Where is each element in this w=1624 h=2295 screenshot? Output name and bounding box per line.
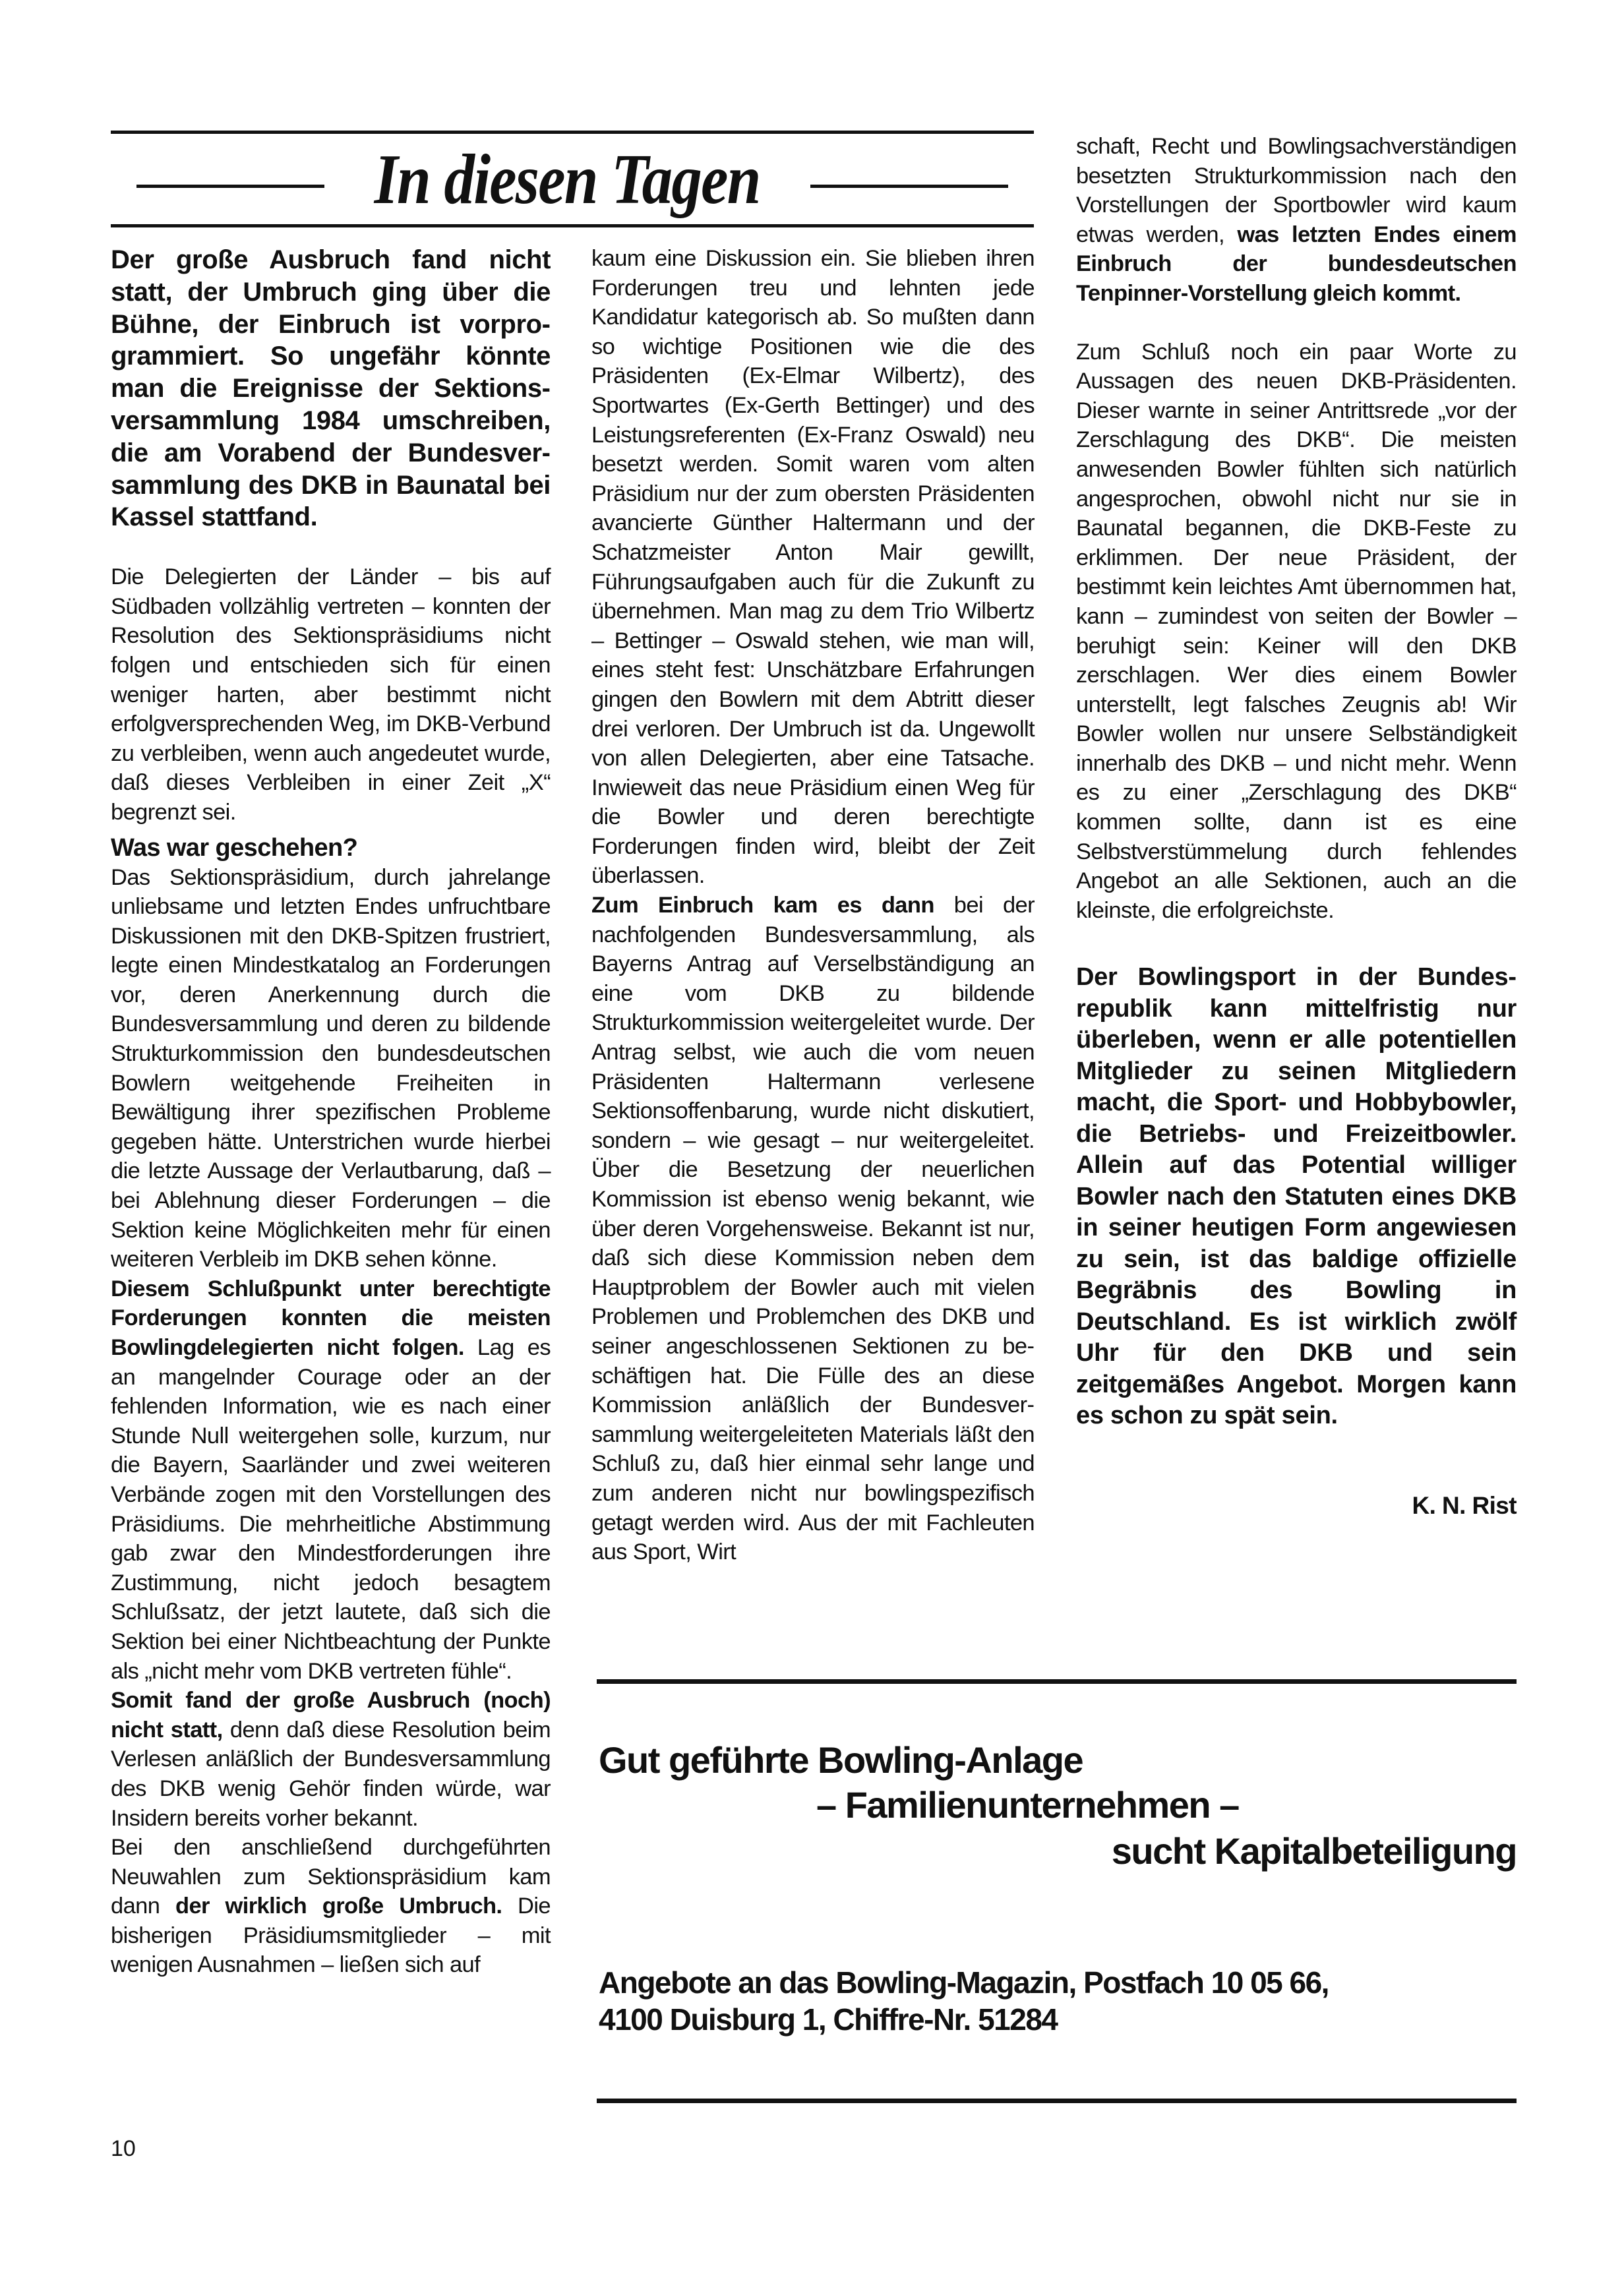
ad-tagline: sucht Kapitalbeteiligung bbox=[1112, 1832, 1517, 1871]
header-top-rule bbox=[111, 131, 1034, 134]
article-column-3: schaft, Recht und Bowlingsachverstän­dig… bbox=[1076, 132, 1517, 1521]
spacer bbox=[1076, 309, 1517, 338]
section-heading: Was war geschehen? bbox=[111, 833, 551, 863]
page-title: In diesen Tagen bbox=[375, 144, 760, 216]
ad-headline: Gut geführte Bowling-Anlage bbox=[599, 1741, 1083, 1780]
ad-subheadline: – Familienunternehmen – bbox=[816, 1785, 1239, 1825]
article-lead: Der große Ausbruch fand nicht statt, der… bbox=[111, 244, 551, 533]
author-byline: K. N. Rist bbox=[1076, 1491, 1517, 1521]
article-column-1: Der große Ausbruch fand nicht statt, der… bbox=[111, 244, 551, 1980]
article-paragraph: Bei den anschließend durchgeführten Neuw… bbox=[111, 1833, 551, 1980]
article-paragraph: kaum eine Diskussion ein. Sie blieben ih… bbox=[591, 244, 1035, 891]
ad-bottom-rule bbox=[597, 2099, 1517, 2103]
emphasis-text: der wirklich große Umbruch. bbox=[175, 1893, 502, 1919]
closing-statement: Der Bowlingsport in der Bundes­republik … bbox=[1076, 962, 1517, 1432]
article-paragraph: schaft, Recht und Bowlingsachverstän­dig… bbox=[1076, 132, 1517, 309]
header-band: In diesen Tagen bbox=[111, 135, 1034, 224]
spacer bbox=[111, 533, 551, 562]
paragraph-text: bei der nachfolgenden Bundesversammlung,… bbox=[591, 893, 1035, 1565]
article-paragraph: Das Sektionspräsidium, durch jahrelan­ge… bbox=[111, 863, 551, 1274]
ad-contact-address: Angebote an das Bowling-Magazin, Postfac… bbox=[599, 1965, 1329, 2000]
ad-top-rule bbox=[597, 1679, 1517, 1684]
article-paragraph: Diesem Schlußpunkt unter berechtig­te Fo… bbox=[111, 1274, 551, 1686]
article-column-2: kaum eine Diskussion ein. Sie blieben ih… bbox=[591, 244, 1035, 1567]
page-number: 10 bbox=[111, 2136, 136, 2162]
article-paragraph: Zum Einbruch kam es dann bei der nachfol… bbox=[591, 891, 1035, 1567]
header-bottom-rule bbox=[111, 224, 1034, 227]
ad-contact-chiffre: 4100 Duisburg 1, Chiffre-Nr. 51284 bbox=[599, 2002, 1058, 2037]
classified-ad: Gut geführte Bowling-Anlage – Familienun… bbox=[599, 1741, 1517, 2050]
article-paragraph: Die Delegierten der Länder – bis auf Süd… bbox=[111, 562, 551, 827]
article-paragraph: Zum Schluß noch ein paar Worte zu Aussag… bbox=[1076, 338, 1517, 926]
spacer bbox=[1076, 925, 1517, 962]
spacer bbox=[1076, 1432, 1517, 1491]
emphasis-text: Zum Einbruch kam es dann bbox=[591, 893, 934, 918]
article-paragraph: Somit fand der große Ausbruch (noch) nic… bbox=[111, 1686, 551, 1833]
paragraph-text: Lag es an mangelnder Courage oder an der… bbox=[111, 1335, 551, 1684]
header-right-dash bbox=[810, 185, 1008, 188]
header-left-dash bbox=[136, 185, 324, 188]
